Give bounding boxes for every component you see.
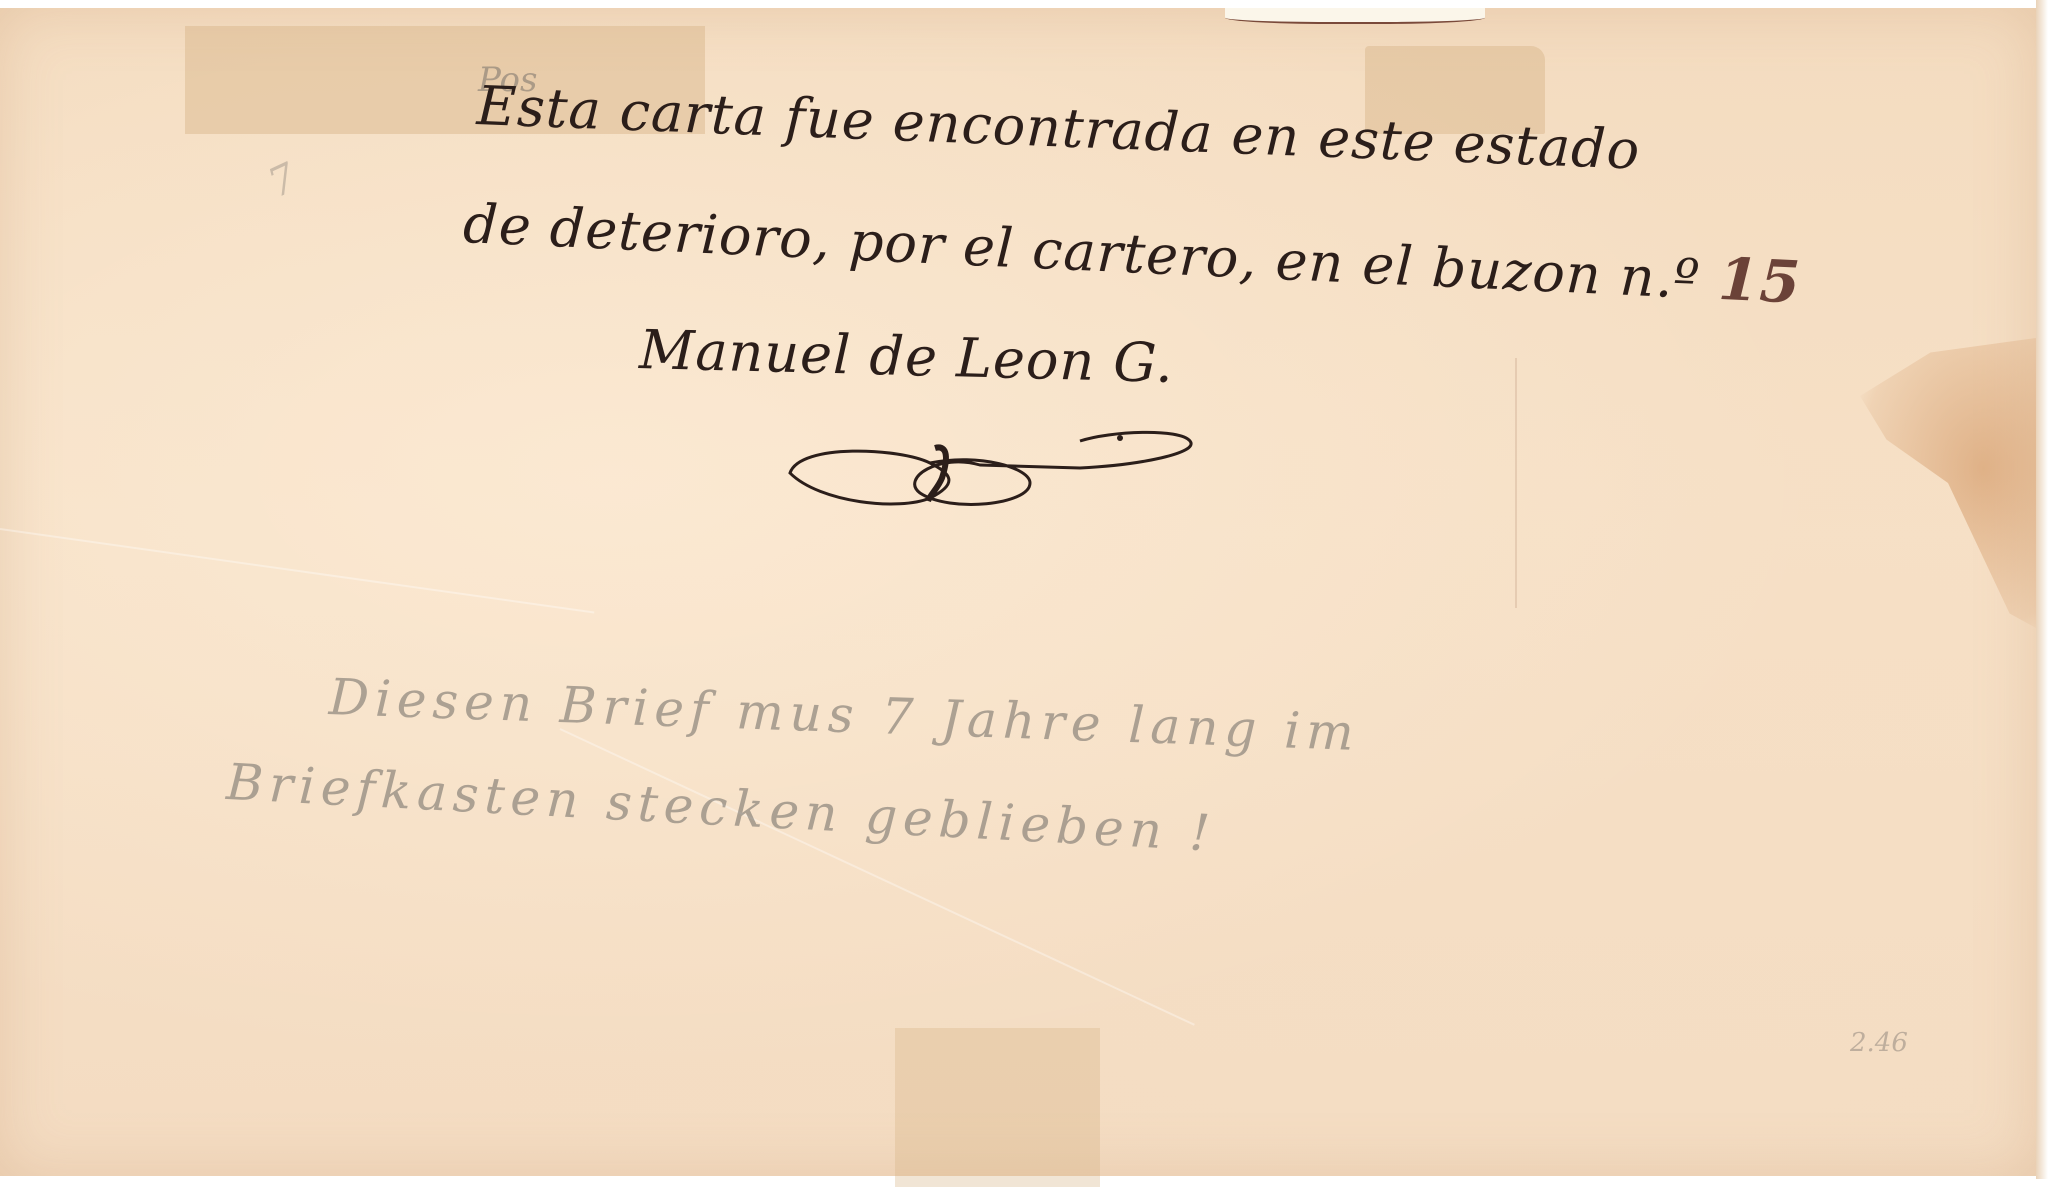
pencil-note-line-2: Briefkasten stecken geblieben ! bbox=[225, 753, 1217, 863]
pencil-note-line-1: Diesen Brief mus 7 Jahre lang im bbox=[328, 668, 1361, 762]
mailbox-number: 15 bbox=[1717, 245, 1803, 317]
pencil-mark-bottom-right: 2.46 bbox=[1850, 1028, 1908, 1058]
torn-flap-edge bbox=[1225, 8, 1485, 24]
scan-edge bbox=[2036, 0, 2048, 1179]
signature: Manuel de Leon G. bbox=[638, 318, 1174, 395]
paper-crease bbox=[560, 728, 1195, 1026]
paper-crease bbox=[0, 528, 594, 613]
postal-note-line-2-text: de deterioro, por el cartero, en el buzo… bbox=[462, 192, 1720, 312]
water-stain bbox=[1860, 338, 2036, 628]
paper-crease bbox=[1515, 358, 1517, 608]
signature-flourish-icon bbox=[780, 423, 1210, 513]
envelope-back: Pos 7 Esta carta fue encontrada en este … bbox=[0, 8, 2036, 1176]
postal-note-line-2: de deterioro, por el cartero, en el buzo… bbox=[462, 188, 1803, 317]
pencil-mark-corner: 7 bbox=[261, 155, 304, 207]
tape-strip-bottom bbox=[895, 1028, 1100, 1179]
